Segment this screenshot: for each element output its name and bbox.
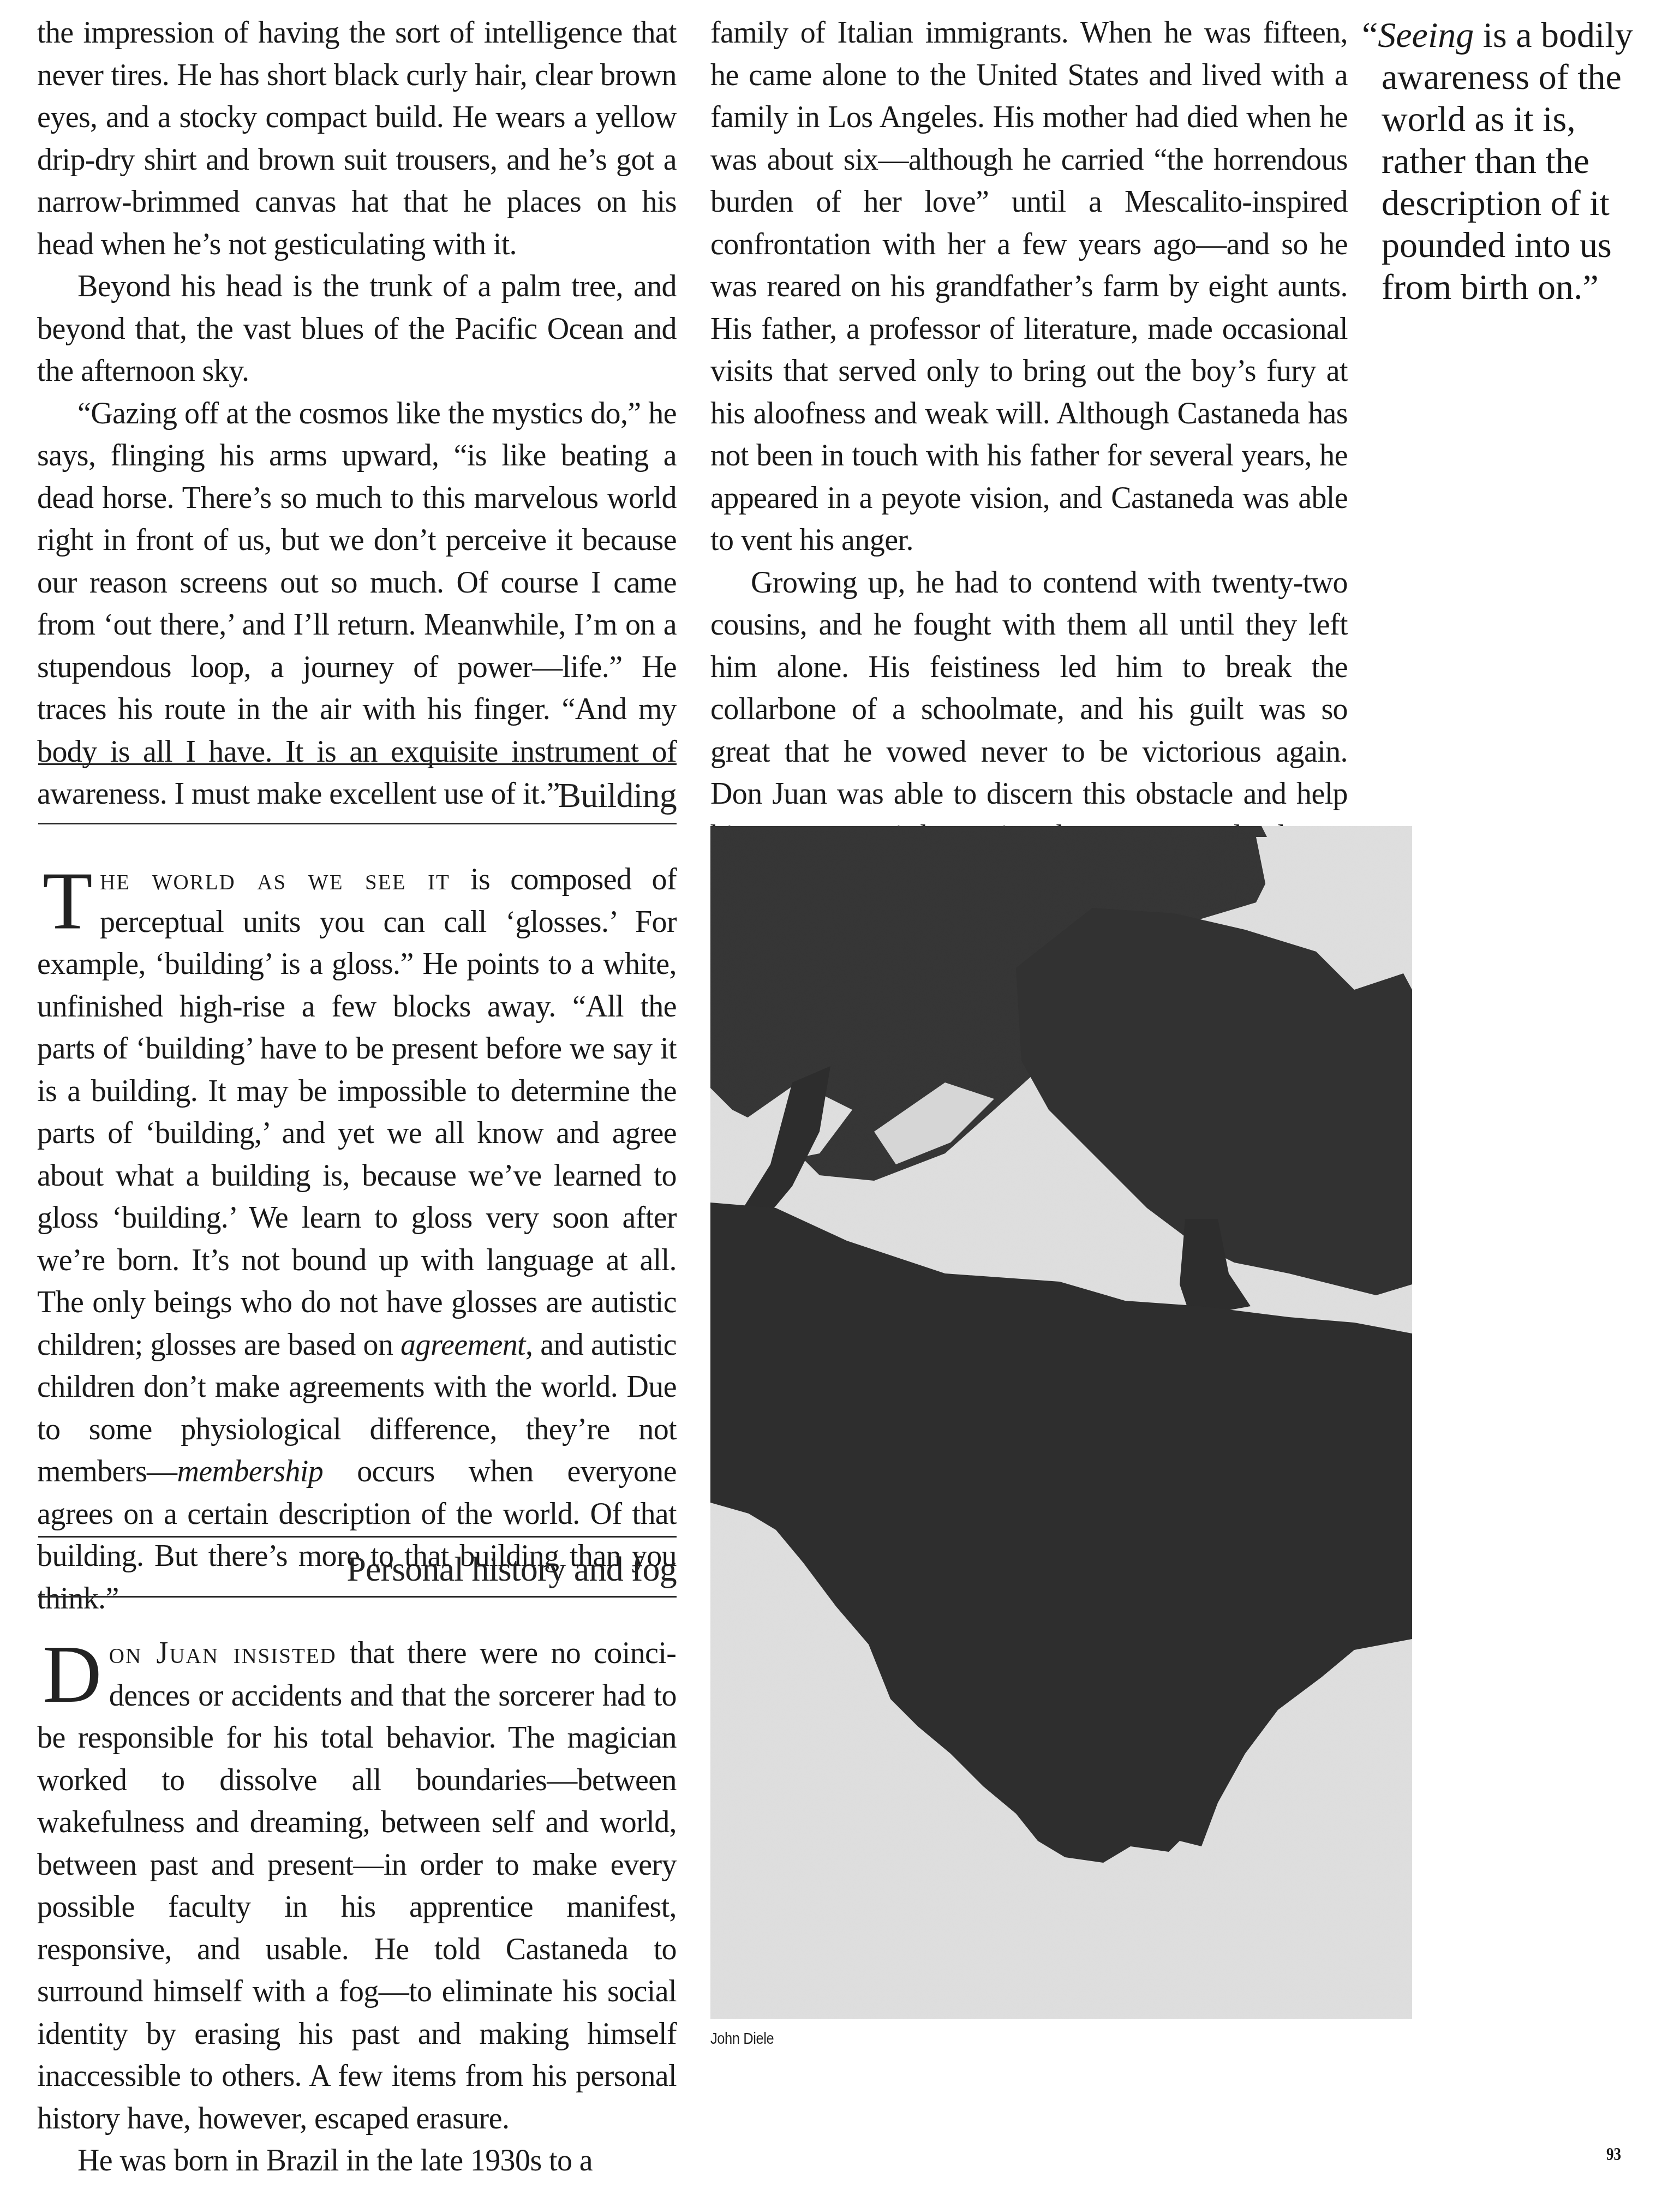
section-rule-bottom [38,1596,677,1598]
pull-quote: “Seeing is a bodily awareness of the wor… [1362,14,1678,308]
pull-quote-line: rather than the [1362,140,1678,182]
paragraph: “Gazing off at the cosmos like the mysti… [37,393,677,816]
pull-quote-line: description of it [1362,182,1678,224]
emphasis: agreement [400,1328,525,1362]
paragraph: Beyond his head is the trunk of a palm t… [37,266,677,393]
middle-column: family of Italian immigrants. When he wa… [710,12,1348,900]
section-rule-top [38,1536,677,1538]
paragraph: The world as we see it is composed of pe… [37,859,677,1620]
lead-in-smallcaps: on Juan insisted [109,1636,337,1670]
open-quote-mark: “ [1362,15,1378,55]
paragraph: family of Italian immigrants. When he wa… [710,12,1348,562]
paragraph: Don Juan insisted that there were no coi… [37,1632,677,2140]
tree-photograph [710,826,1412,2019]
pull-quote-line: pounded into us [1362,224,1678,266]
paragraph: the impression of having the sort of int… [37,12,677,266]
personal-history-section-body: Don Juan insisted that there were no coi… [37,1632,677,2182]
text-run: is a bodily [1474,15,1633,55]
building-section-body: The world as we see it is composed of pe… [37,859,677,1620]
emphasis: membership [177,1455,323,1488]
section-rule-bottom [38,823,677,824]
tree-landscape-icon [710,826,1412,2019]
left-column-intro: the impression of having the sort of int… [37,12,677,816]
text-run: that there were no coinci­dences or acci… [37,1636,677,2136]
emphasis: Seeing [1378,15,1474,55]
pull-quote-line: from birth on.” [1362,266,1678,308]
drop-cap: D [43,1639,101,1710]
pull-quote-line: world as it is, [1362,98,1678,140]
paragraph: He was born in Brazil in the late 1930s … [37,2140,677,2182]
pull-quote-line: “Seeing is a bodily [1362,14,1678,56]
section-heading-building: Building [38,774,677,817]
lead-in-smallcaps: he world as we see it [100,863,450,896]
section-heading-personal-history: Personal history and fog [38,1547,677,1591]
text-run: is composed of perceptual units you can … [37,863,677,1362]
pull-quote-line: awareness of the [1362,56,1678,98]
section-rule-top [38,763,677,765]
photo-credit: John Diele [710,2030,774,2048]
page-number: 93 [1606,2144,1621,2165]
drop-cap: T [43,865,92,936]
